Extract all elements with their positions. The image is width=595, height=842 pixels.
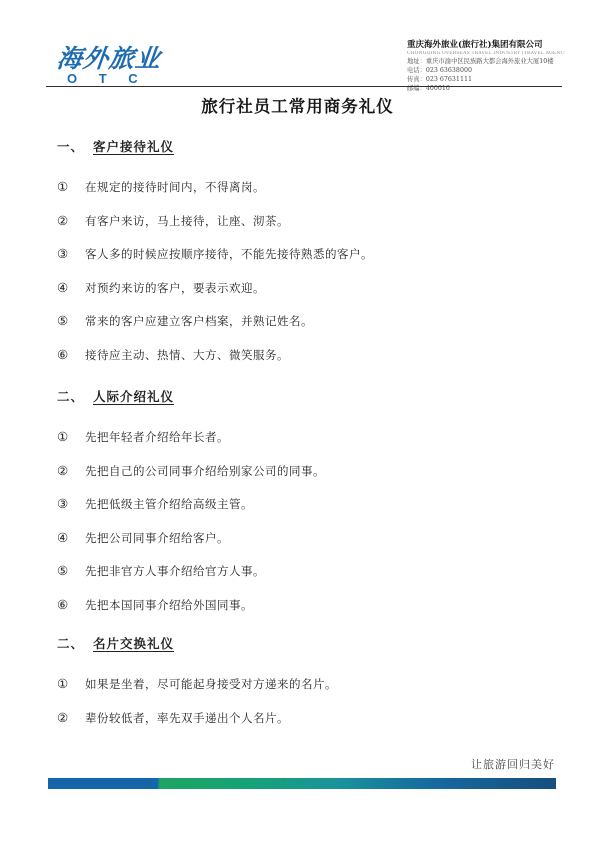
list-item: ⑤ 常来的客户应建立客户档案，并熟记姓名。 <box>57 315 545 328</box>
list-item-number: ④ <box>57 532 72 545</box>
section-number: 一、 <box>57 140 84 154</box>
list-item-number: ⑤ <box>57 315 72 328</box>
list-item-text: 接待应主动、热情、大方、微笑服务。 <box>85 349 289 362</box>
page-title: 旅行社员工常用商务礼仪 <box>0 93 595 117</box>
list-item-number: ③ <box>57 248 72 261</box>
footer-slogan: 让旅游回归美好 <box>471 756 555 772</box>
list-item-text: 先把本国同事介绍给外国同事。 <box>85 599 253 612</box>
document-page: 海外旅业 O T C 重庆海外旅业(旅行社)集团有限公司 CHONGQING O… <box>0 0 595 842</box>
list-item-text: 客人多的时候应按顺序接待，不能先接待熟悉的客户。 <box>85 248 373 261</box>
list-item: ① 如果是坐着，尽可能起身接受对方递来的名片。 <box>57 678 545 691</box>
company-logo: 海外旅业 O T C <box>57 46 161 86</box>
list-item: ② 辈份较低者，率先双手递出个人名片。 <box>57 712 545 725</box>
list-item-text: 如果是坐着，尽可能起身接受对方递来的名片。 <box>85 678 337 691</box>
list-item-number: ④ <box>57 282 72 295</box>
list-item-text: 先把公司同事介绍给客户。 <box>85 532 229 545</box>
list-item-text: 先把年轻者介绍给年长者。 <box>85 431 229 444</box>
section-heading-business-cards: 二、 名片交换礼仪 <box>57 637 545 651</box>
list-item: ⑤ 先把非官方人事介绍给官方人事。 <box>57 565 545 578</box>
list-item-text: 先把非官方人事介绍给官方人事。 <box>85 565 265 578</box>
list-item: ④ 对预约来访的客户，要表示欢迎。 <box>57 282 545 295</box>
footer-gradient-bar <box>48 778 556 789</box>
list-item: ⑥ 接待应主动、热情、大方、微笑服务。 <box>57 349 545 362</box>
section-title: 名片交换礼仪 <box>93 637 174 651</box>
list-item-number: ② <box>57 465 72 478</box>
section-title: 客户接待礼仪 <box>93 140 174 154</box>
list-item-number: ⑤ <box>57 565 72 578</box>
list-item-text: 辈份较低者，率先双手递出个人名片。 <box>85 712 289 725</box>
logo-otc-text: O T C <box>67 72 161 86</box>
company-fax: 传真：023 67631111 <box>407 75 565 84</box>
company-name: 重庆海外旅业(旅行社)集团有限公司 <box>407 40 565 51</box>
list-item: ② 先把自己的公司同事介绍给别家公司的同事。 <box>57 465 545 478</box>
list-item-number: ② <box>57 215 72 228</box>
list-item-number: ③ <box>57 498 72 511</box>
document-body: 一、 客户接待礼仪 ① 在规定的接待时间内，不得离岗。 ② 有客户来访，马上接待… <box>57 140 545 724</box>
section-title: 人际介绍礼仪 <box>93 390 174 404</box>
list-item-text: 对预约来访的客户，要表示欢迎。 <box>85 282 265 295</box>
company-phone: 电话：023 63638000 <box>407 66 565 75</box>
list-item-number: ⑥ <box>57 599 72 612</box>
list-item-number: ① <box>57 678 72 691</box>
list-item: ③ 客人多的时候应按顺序接待，不能先接待熟悉的客户。 <box>57 248 545 261</box>
logo-wordmark: 海外旅业 <box>56 46 163 72</box>
list-item-text: 在规定的接待时间内，不得离岗。 <box>85 181 265 194</box>
list-item-text: 常来的客户应建立客户档案，并熟记姓名。 <box>85 315 313 328</box>
header-divider <box>46 86 562 87</box>
section-number: 二、 <box>57 637 84 651</box>
list-item-text: 先把低级主管介绍给高级主管。 <box>85 498 253 511</box>
section-number: 二、 <box>57 390 84 404</box>
list-item-number: ⑥ <box>57 349 72 362</box>
list-item-number: ② <box>57 712 72 725</box>
list-item-number: ① <box>57 181 72 194</box>
list-item-text: 有客户来访，马上接待，让座、沏茶。 <box>85 215 289 228</box>
list-item: ① 先把年轻者介绍给年长者。 <box>57 431 545 444</box>
company-address: 地址：重庆市渝中区民族路大都会海外旅业大厦10楼 <box>407 57 565 66</box>
list-item-text: 先把自己的公司同事介绍给别家公司的同事。 <box>85 465 325 478</box>
list-item: ③ 先把低级主管介绍给高级主管。 <box>57 498 545 511</box>
section-heading-introductions: 二、 人际介绍礼仪 <box>57 390 545 404</box>
list-item: ⑥ 先把本国同事介绍给外国同事。 <box>57 599 545 612</box>
list-item: ② 有客户来访，马上接待，让座、沏茶。 <box>57 215 545 228</box>
list-item: ① 在规定的接待时间内，不得离岗。 <box>57 181 545 194</box>
list-item-number: ① <box>57 431 72 444</box>
section-heading-customer-reception: 一、 客户接待礼仪 <box>57 140 545 154</box>
list-item: ④ 先把公司同事介绍给客户。 <box>57 532 545 545</box>
